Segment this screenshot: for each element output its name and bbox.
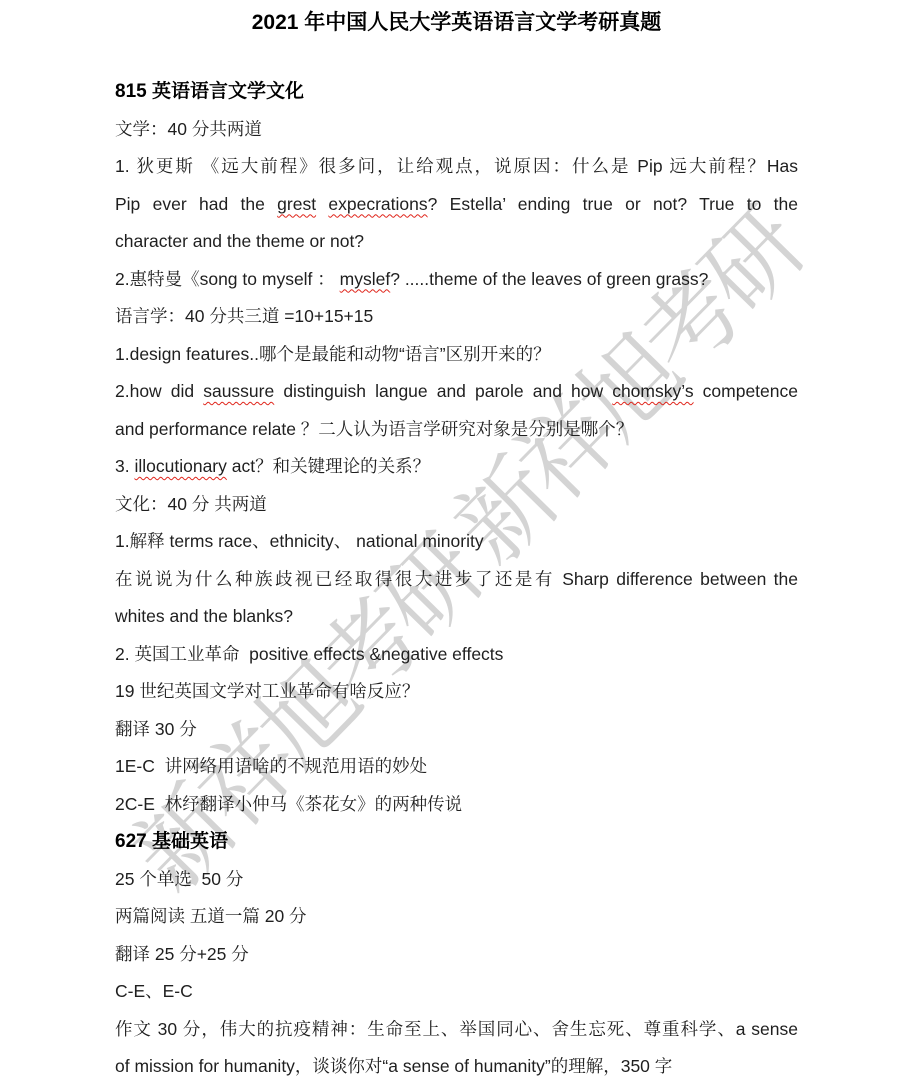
- text-segment: act？和关键理论的关系？: [227, 456, 430, 476]
- misspelled-word: myslef: [340, 269, 391, 289]
- text-line: 19 世纪英国文学对工业革命有啥反应？: [115, 673, 798, 711]
- text-segment: competence: [694, 381, 798, 401]
- text-line: 3. illocutionary act？和关键理论的关系？: [115, 448, 798, 486]
- misspelled-word: grest: [277, 194, 316, 214]
- text-segment: 627 基础英语: [115, 831, 228, 852]
- misspelled-word: expecrations: [328, 194, 427, 214]
- text-line: 2C-E 林纾翻译小仲马《茶花女》的两种传说: [115, 786, 798, 824]
- document-page: 新祥旭考研 新祥旭考研 2021 年中国人民大学英语语言文学考研真题 815 英…: [0, 0, 913, 1091]
- text-segment: 2.how did: [115, 381, 203, 401]
- text-segment: distinguish langue and parole and how: [274, 381, 612, 401]
- misspelled-word: illocutionary: [134, 456, 226, 476]
- text-line: 作文 30 分，伟大的抗疫精神：生命至上、举国同心、舍生忘死、尊重科学、a se…: [115, 1011, 798, 1049]
- text-line: 文化：40 分 共两道: [115, 486, 798, 524]
- text-segment: 语言学：40 分共三道 =10+15+15: [115, 306, 373, 326]
- document-body: 815 英语语言文学文化文学：40 分共两道1. 狄更斯 《远大前程》很多问，让…: [115, 73, 798, 1086]
- text-segment: 19 世纪英国文学对工业革命有啥反应？: [115, 681, 419, 701]
- text-segment: 文化：40 分 共两道: [115, 494, 267, 514]
- text-line: 1. 狄更斯 《远大前程》很多问，让给观点，说原因：什么是 Pip 远大前程？H…: [115, 148, 798, 186]
- text-line: 语言学：40 分共三道 =10+15+15: [115, 298, 798, 336]
- text-segment: [316, 194, 328, 214]
- text-line: 25 个单选 50 分: [115, 861, 798, 899]
- text-segment: 文学：40 分共两道: [115, 119, 262, 139]
- misspelled-word: saussure: [203, 381, 274, 401]
- text-segment: of mission for humanity，谈谈你对“a sense of …: [115, 1056, 672, 1076]
- text-segment: 25 个单选 50 分: [115, 869, 243, 889]
- text-segment: 作文 30 分，伟大的抗疫精神：生命至上、举国同心、舍生忘死、尊重科学、a se…: [115, 1019, 798, 1039]
- text-line: 文学：40 分共两道: [115, 111, 798, 149]
- section-heading-line: 627 基础英语: [115, 823, 798, 861]
- text-line: 1.design features..哪个是最能和动物“语言”区别开来的？: [115, 336, 798, 374]
- section-heading-line: 815 英语语言文学文化: [115, 73, 798, 111]
- text-line: 1.解释 terms race、ethnicity、 national mino…: [115, 523, 798, 561]
- text-segment: 翻译 30 分: [115, 719, 197, 739]
- text-segment: Pip ever had the: [115, 194, 277, 214]
- text-segment: ? .....theme of the leaves of green gras…: [390, 269, 708, 289]
- misspelled-word: chomsky’s: [612, 381, 693, 401]
- text-line: 两篇阅读 五道一篇 20 分: [115, 898, 798, 936]
- text-line: 翻译 30 分: [115, 711, 798, 749]
- text-segment: 在说说为什么种族歧视已经取得很大进步了还是有 Sharp difference …: [115, 569, 798, 589]
- text-segment: and performance relate ？二人认为语言学研究对象是分别是哪…: [115, 419, 633, 439]
- text-segment: whites and the blanks?: [115, 606, 293, 626]
- text-segment: 1.解释 terms race、ethnicity、 national mino…: [115, 531, 484, 551]
- text-line: 2.how did saussure distinguish langue an…: [115, 373, 798, 411]
- text-line: character and the theme or not?: [115, 223, 798, 261]
- text-segment: 1.design features..哪个是最能和动物“语言”区别开来的？: [115, 344, 551, 364]
- text-line: and performance relate ？二人认为语言学研究对象是分别是哪…: [115, 411, 798, 449]
- text-line: 1E-C 讲网络用语啥的不规范用语的妙处: [115, 748, 798, 786]
- text-line: 2.惠特曼《song to myself ： myslef? .....them…: [115, 261, 798, 299]
- text-line: Pip ever had the grest expecrations? Est…: [115, 186, 798, 224]
- text-segment: 两篇阅读 五道一篇 20 分: [115, 906, 307, 926]
- text-segment: ? Estella’ ending true or not? True to t…: [428, 194, 798, 214]
- text-segment: 2.惠特曼《song to myself ：: [115, 269, 340, 289]
- text-line: 翻译 25 分+25 分: [115, 936, 798, 974]
- text-line: whites and the blanks?: [115, 598, 798, 636]
- text-segment: 2. 英国工业革命 positive effects &negative eff…: [115, 644, 503, 664]
- text-segment: 1. 狄更斯 《远大前程》很多问，让给观点，说原因：什么是 Pip 远大前程？H…: [115, 156, 798, 176]
- text-segment: 翻译 25 分+25 分: [115, 944, 249, 964]
- text-segment: 3.: [115, 456, 134, 476]
- document-title: 2021 年中国人民大学英语语言文学考研真题: [0, 6, 913, 36]
- text-segment: C-E、E-C: [115, 981, 193, 1001]
- text-segment: 815 英语语言文学文化: [115, 81, 304, 102]
- text-segment: character and the theme or not?: [115, 231, 364, 251]
- text-line: C-E、E-C: [115, 973, 798, 1011]
- text-segment: 1E-C 讲网络用语啥的不规范用语的妙处: [115, 756, 427, 776]
- text-line: 在说说为什么种族歧视已经取得很大进步了还是有 Sharp difference …: [115, 561, 798, 599]
- text-line: of mission for humanity，谈谈你对“a sense of …: [115, 1048, 798, 1086]
- text-line: 2. 英国工业革命 positive effects &negative eff…: [115, 636, 798, 674]
- text-segment: 2C-E 林纾翻译小仲马《茶花女》的两种传说: [115, 794, 462, 814]
